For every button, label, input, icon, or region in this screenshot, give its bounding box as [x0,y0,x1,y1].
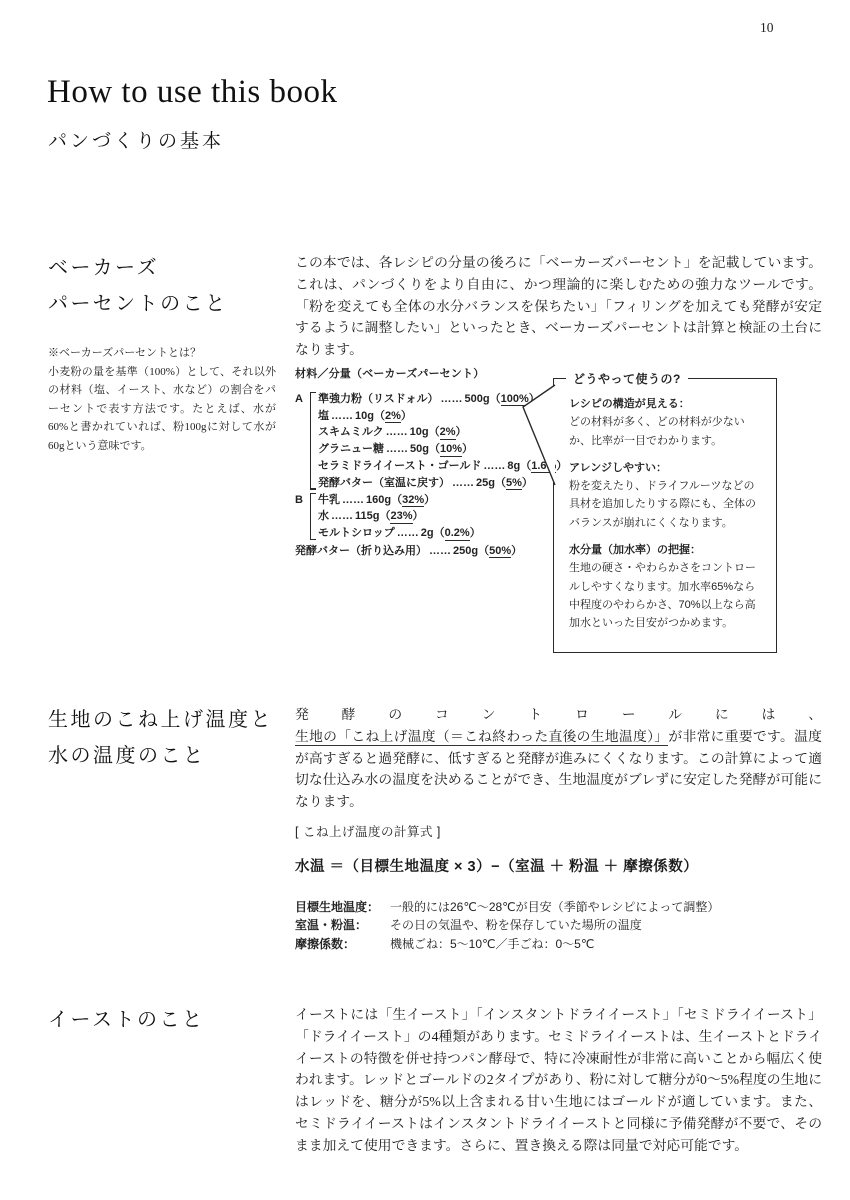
percent-value: 0.2% [445,527,470,541]
percent-value: 2% [385,410,401,424]
callout-item-body: 粉を変えたり、ドライフルーツなどの具材を追加したりする際にも、全体のバランスが崩… [569,477,764,532]
definition-desc: 一般的には26℃〜28℃が目安（季節やレシピによって調整） [390,898,822,916]
percent-value: 10% [440,443,462,457]
definition-desc: その日の気温や、粉を保存していた場所の温度 [390,916,822,934]
ingredient-row: モルトシロップ……2g（0.2%） [318,525,557,542]
definition-term: 室温・粉温： [295,916,390,934]
book-subtitle: パンづくりの基本 [48,126,224,153]
page-number: 10 [760,20,774,36]
callout-item-label: レシピの構造が見える： [569,395,764,413]
bakers-percent-note: ※ベーカーズパーセントとは？小麦粉の量を基準（100%）として、それ以外の材料（… [48,344,276,456]
group-label: B [295,492,310,542]
definition-term: 摩擦係数： [295,935,390,953]
percent-value: 50% [489,545,511,559]
yeast-paragraph: イーストには「生イースト」「インスタントドライイースト」「セミドライイースト」「… [295,1004,822,1157]
callout-box-how-to-use: どうやって使うの? レシピの構造が見える： どの材料が多く、どの材料が少ないか、… [553,378,777,653]
definition-term: 目標生地温度： [295,898,390,916]
callout-item-body: どの材料が多く、どの材料が少ないか、比率が一目でわかります。 [569,413,764,450]
ingredients-header: 材料／分量（ベーカーズパーセント） [295,366,557,383]
group-label: A [295,391,310,492]
formula-label: [ こね上げ温度の計算式 ] [295,822,441,840]
ingredient-row: 水……115g（23%） [318,508,557,525]
ingredients-block: 材料／分量（ベーカーズパーセント） A 準強力粉（リスドォル）……500g（10… [295,366,557,560]
book-title: How to use this book [47,74,338,111]
group-bracket [310,493,318,540]
ingredient-group-b: B 牛乳……160g（32%） 水……115g（23%） モルトシロップ……2g… [295,492,557,542]
heading-line: ベーカーズ [48,250,288,286]
dough-temperature-paragraph: 発酵のコントロールには、生地の「こね上げ温度（＝こね終わった直後の生地温度）」が… [295,704,822,813]
heading-line: 生地のこね上げ温度と [48,702,288,738]
section-heading-bakers-percent: ベーカーズ パーセントのこと [48,250,288,322]
percent-value: 5% [506,477,522,491]
water-temperature-formula: 水温 ＝（目標生地温度 × 3）−（室温 ＋ 粉温 ＋ 摩擦係数） [295,855,698,876]
definition-desc: 機械ごね：5〜10℃／手ごね：0〜5℃ [390,935,822,953]
bakers-percent-intro: この本では、各レシピの分量の後ろに「ベーカーズパーセント」を記載しています。これ… [295,252,822,361]
note-title: ※ベーカーズパーセントとは？ [48,344,276,363]
callout-item-label: アレンジしやすい： [569,459,764,477]
ingredient-group-a: A 準強力粉（リスドォル）……500g（100%） 塩……10g（2%） スキム… [295,391,557,492]
callout-item-body: 生地の硬さ・やわらかさをコントロールしやすくなります。加水率65%なら中程度のや… [569,559,764,632]
group-bracket [310,392,318,490]
percent-value: 32% [402,494,424,508]
heading-line: イーストのこと [48,1002,288,1038]
callout-title: どうやって使うの? [566,370,688,388]
callout-item: レシピの構造が見える： どの材料が多く、どの材料が少ないか、比率が一目でわかりま… [569,395,764,450]
callout-item-label: 水分量（加水率）の把握： [569,541,764,559]
section-heading-yeast: イーストのこと [48,1002,288,1038]
ingredient-row-folding-butter: 発酵バター（折り込み用）……250g（50%） [295,543,557,560]
underlined-phrase: 生地の「こね上げ温度（＝こね終わった直後の生地温度）」 [295,729,668,746]
percent-value: 2% [440,426,456,440]
note-body: 小麦粉の量を基準（100%）として、それ以外の材料（塩、イースト、水など）の割合… [48,366,276,452]
ingredient-row: 牛乳……160g（32%） [318,492,557,509]
callout-item: アレンジしやすい： 粉を変えたり、ドライフルーツなどの具材を追加したりする際にも… [569,459,764,532]
heading-line: パーセントのこと [48,286,288,322]
section-heading-dough-temperature: 生地のこね上げ温度と 水の温度のこと [48,702,288,774]
percent-value: 23% [390,510,412,524]
callout-tail-pointer [522,383,556,489]
callout-item: 水分量（加水率）の把握： 生地の硬さ・やわらかさをコントロールしやすくなります。… [569,541,764,632]
formula-definitions: 目標生地温度： 一般的には26℃〜28℃が目安（季節やレシピによって調整） 室温… [295,898,822,953]
heading-line: 水の温度のこと [48,738,288,774]
book-page: 10 How to use this book パンづくりの基本 ベーカーズ パ… [0,0,850,1200]
